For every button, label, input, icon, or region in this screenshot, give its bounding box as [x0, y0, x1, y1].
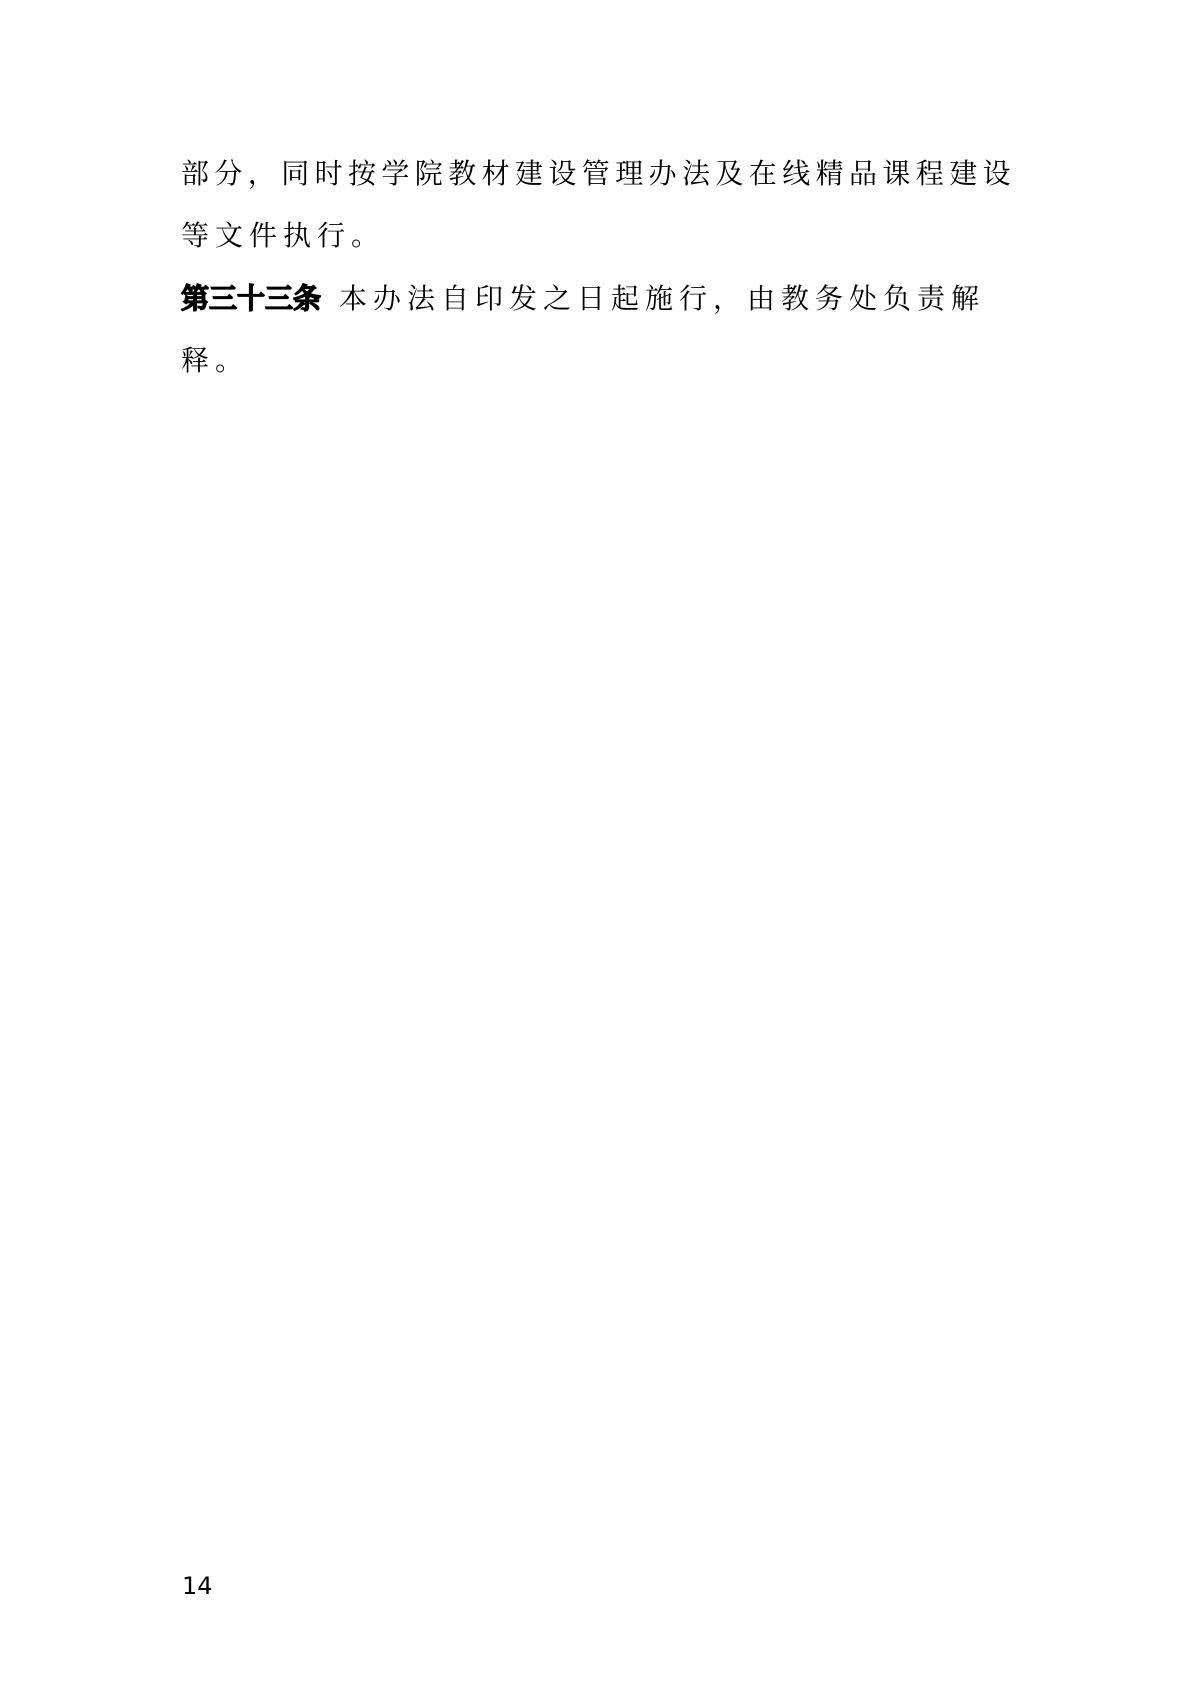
paragraph-line: 部分，同时按学院教材建设管理办法及在线精品课程建设: [181, 154, 1016, 194]
page-number: 14: [182, 1571, 213, 1601]
article-text: 本办法自印发之日起施行，由教务处负责解: [339, 282, 985, 315]
article-number: 第三十三条: [181, 282, 321, 315]
article-33: 第三十三条本办法自印发之日起施行，由教务处负责解: [181, 279, 985, 319]
article-text-continuation: 释。: [181, 341, 249, 381]
paragraph-line: 等文件执行。: [181, 216, 385, 256]
